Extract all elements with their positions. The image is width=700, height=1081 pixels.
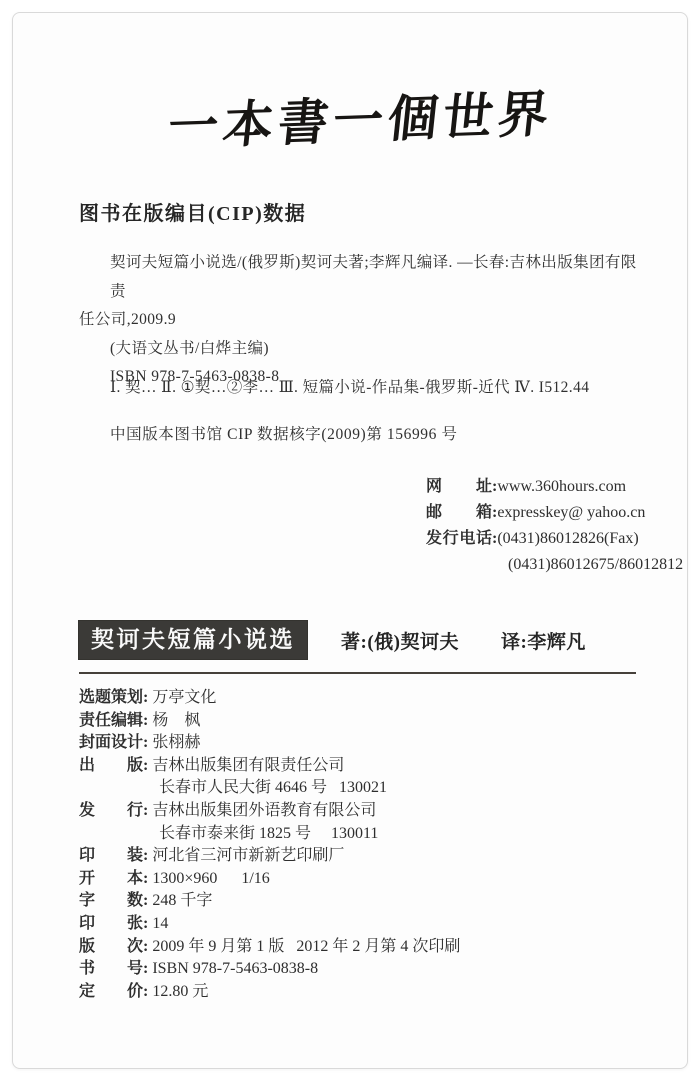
colophon-label: 印张	[79, 913, 143, 936]
contact-row-email: 邮箱:expresskey@ yahoo.cn	[426, 500, 683, 526]
colophon-value: 杨 枫	[152, 712, 200, 729]
colophon-label: 书号	[79, 958, 143, 981]
contact-value-phone: (0431)86012826(Fax)	[497, 530, 638, 547]
colophon-value: 吉林出版集团有限责任公司	[152, 757, 344, 774]
colophon-colon: :	[143, 734, 148, 751]
cip-series: (大语文丛书/白烨主编)	[79, 335, 641, 364]
colophon-row-word-count: 字数: 248 千字	[79, 890, 645, 913]
colophon-label: 字数	[79, 890, 143, 913]
colophon-value: 吉林出版集团外语教育有限公司	[152, 802, 376, 819]
colophon-row-sheets: 印张: 14	[79, 913, 645, 936]
colophon-colon: :	[143, 689, 148, 706]
book-copyright-page: 一本書一個世界 图书在版编目(CIP)数据 契诃夫短篇小说选/(俄罗斯)契诃夫著…	[12, 12, 688, 1069]
title-bar: 契诃夫短篇小说选 著:(俄)契诃夫 译:李辉凡	[79, 621, 586, 659]
colophon-row-publisher: 出版: 吉林出版集团有限责任公司	[79, 755, 645, 778]
contact-row-website: 网址:www.360hours.com	[426, 474, 683, 500]
translator-name: 李辉凡	[527, 632, 586, 653]
divider-rule	[79, 672, 636, 674]
colophon-colon: :	[143, 847, 148, 864]
colophon-row-printer: 印装: 河北省三河市新新艺印刷厂	[79, 845, 645, 868]
colophon-value: ISBN 978-7-5463-0838-8	[152, 960, 318, 977]
colophon-value: 12.80 元	[152, 983, 208, 1000]
colophon-row-price: 定价: 12.80 元	[79, 981, 645, 1004]
colophon-colon: :	[143, 757, 148, 774]
contact-value-phone2: (0431)86012675/86012812	[426, 552, 683, 578]
colophon-row-planning: 选题策划: 万亭文化	[79, 687, 645, 710]
colophon-colon: :	[143, 870, 148, 887]
cip-heading: 图书在版编目(CIP)数据	[79, 197, 306, 226]
book-title-box: 契诃夫短篇小说选	[79, 621, 307, 659]
colophon-colon: :	[143, 712, 148, 729]
cip-entry-block: 契诃夫短篇小说选/(俄罗斯)契诃夫著;李辉凡编译. —长春:吉林出版集团有限责 …	[79, 249, 641, 392]
colophon-value: 万亭文化	[152, 689, 216, 706]
colophon-label: 定价	[79, 981, 143, 1004]
colophon-row-format: 开本: 1300×960 1/16	[79, 868, 645, 891]
colophon-label: 选题策划	[79, 687, 143, 710]
colophon-label: 封面设计	[79, 732, 143, 755]
colophon-colon: :	[143, 960, 148, 977]
colophon-label: 版次	[79, 936, 143, 959]
colophon-row-edition: 版次: 2009 年 9 月第 1 版 2012 年 2 月第 4 次印刷	[79, 936, 645, 959]
contact-label-email: 邮箱	[426, 500, 492, 526]
colophon-value: 张栩赫	[152, 734, 200, 751]
colophon-value: 1300×960 1/16	[152, 870, 269, 887]
calligraphy-slogan: 一本書一個世界	[12, 69, 688, 165]
colophon-value: 14	[152, 915, 168, 932]
colophon-colon: :	[143, 915, 148, 932]
colophon-value: 248 千字	[152, 892, 212, 909]
contact-value-website: www.360hours.com	[497, 478, 626, 495]
colophon-row-editor: 责任编辑: 杨 枫	[79, 710, 645, 733]
contact-row-phone: 发行电话:(0431)86012826(Fax)	[426, 526, 683, 552]
contact-label-website: 网址	[426, 474, 492, 500]
colophon-colon: :	[143, 892, 148, 909]
cip-record-number: 中国版本图书馆 CIP 数据核字(2009)第 156996 号	[110, 422, 458, 444]
author-byline: 著:(俄)契诃夫	[341, 627, 459, 654]
contact-label-phone: 发行电话	[426, 526, 492, 552]
author-name: (俄)契诃夫	[367, 632, 459, 653]
colophon-publisher-address: 长春市人民大街 4646 号 130021	[79, 777, 645, 800]
contact-block: 网址:www.360hours.com 邮箱:expresskey@ yahoo…	[426, 474, 683, 578]
colophon-label: 开本	[79, 868, 143, 891]
colophon-list: 选题策划: 万亭文化 责任编辑: 杨 枫 封面设计: 张栩赫 出版: 吉林出版集…	[79, 687, 645, 1003]
colophon-colon: :	[143, 983, 148, 1000]
colophon-row-book-number: 书号: ISBN 978-7-5463-0838-8	[79, 958, 645, 981]
colophon-label: 责任编辑	[79, 710, 143, 733]
translator-label: 译:	[501, 632, 527, 653]
colophon-row-cover-design: 封面设计: 张栩赫	[79, 732, 645, 755]
colophon-label: 印装	[79, 845, 143, 868]
colophon-colon: :	[143, 802, 148, 819]
colophon-value: 2009 年 9 月第 1 版 2012 年 2 月第 4 次印刷	[152, 938, 460, 955]
colophon-colon: :	[143, 938, 148, 955]
cip-classification: Ⅰ. 契… Ⅱ. ①契…②李… Ⅲ. 短篇小说-作品集-俄罗斯-近代 Ⅳ. I5…	[110, 375, 589, 397]
translator-byline: 译:李辉凡	[501, 627, 586, 654]
colophon-value: 河北省三河市新新艺印刷厂	[152, 847, 344, 864]
colophon-row-distributor: 发行: 吉林出版集团外语教育有限公司	[79, 800, 645, 823]
cip-entry-line1: 契诃夫短篇小说选/(俄罗斯)契诃夫著;李辉凡编译. —长春:吉林出版集团有限责	[79, 249, 641, 306]
cip-entry-line2: 任公司,2009.9	[79, 306, 641, 335]
author-label: 著:	[341, 632, 367, 653]
colophon-label: 发行	[79, 800, 143, 823]
contact-value-email: expresskey@ yahoo.cn	[497, 504, 645, 521]
colophon-distributor-address: 长春市泰来街 1825 号 130011	[79, 823, 645, 846]
colophon-label: 出版	[79, 755, 143, 778]
